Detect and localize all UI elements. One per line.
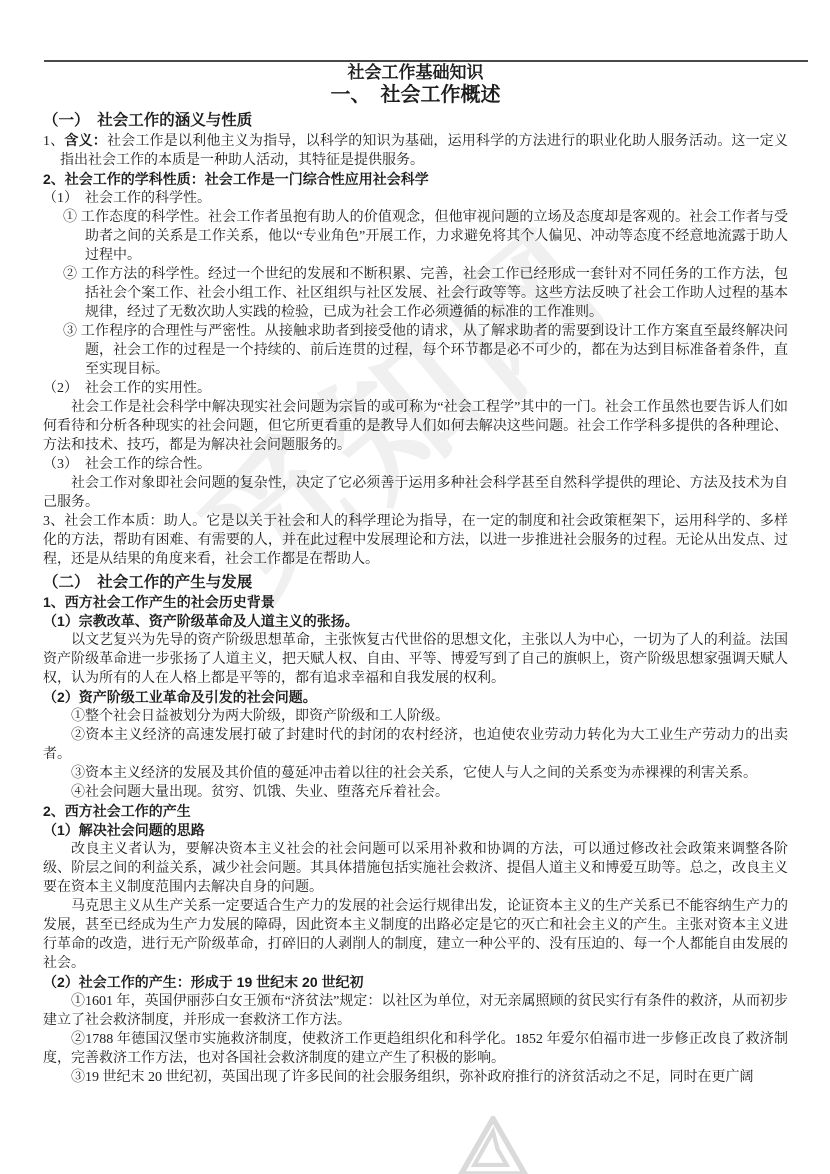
paragraph: ③19 世纪末 20 世纪初，英国出现了许多民间的社会服务组织，弥补政府推行的济… <box>43 1068 788 1087</box>
text-run: 社会工作是以利他主义为指导，以科学的知识为基础，运用科学的方法进行的职业化助人服… <box>60 134 788 168</box>
paragraph: 社会工作是社会科学中解决现实社会问题为宗旨的或可称为“社会工程学”其中的一门。社… <box>43 398 788 455</box>
lead-term: 含义： <box>64 132 107 148</box>
paragraph: （1） 社会工作的科学性。 <box>43 189 788 208</box>
document-page: 觅知网 社会工作基础知识 一、 社会工作概述 （一） 社会工作的涵义与性质1、含… <box>0 0 830 1174</box>
document-content: 社会工作基础知识 一、 社会工作概述 （一） 社会工作的涵义与性质1、含义：社会… <box>43 62 788 1087</box>
brand-triangle-logo-icon <box>408 1116 578 1174</box>
subheading: （2）社会工作的产生：形成于 19 世纪末 20 世纪初 <box>43 973 788 992</box>
paragraph: （3） 社会工作的综合性。 <box>43 455 788 474</box>
doc-subtitle: 一、 社会工作概述 <box>43 83 788 107</box>
text-run: 1、 <box>43 134 64 149</box>
list-item: ② 工作方法的科学性。经过一个世纪的发展和不断积累、完善，社会工作已经形成一套针… <box>43 265 788 322</box>
paragraph: ③资本主义经济的发展及其价值的蔓延冲击着以往的社会关系，它使人与人之间的关系变为… <box>43 764 788 783</box>
section-heading: （一） 社会工作的涵义与性质 <box>43 110 788 131</box>
paragraph: ④社会问题大量出现。贫穷、饥饿、失业、堕落充斥着社会。 <box>43 783 788 802</box>
paragraph: 1、含义：社会工作是以利他主义为指导，以科学的知识为基础，运用科学的方法进行的职… <box>43 131 788 170</box>
paragraph: ①1601 年，英国伊丽莎白女王颁布“济贫法”规定：以社区为单位，对无亲属照顾的… <box>43 992 788 1030</box>
doc-title: 社会工作基础知识 <box>43 62 788 83</box>
paragraph: ①整个社会日益被划分为两大阶级，即资产阶级和工人阶级。 <box>43 707 788 726</box>
paragraph: 改良主义者认为，要解决资本主义社会的社会问题可以采用补救和协调的方法，可以通过修… <box>43 840 788 897</box>
subheading: （1）宗教改革、资产阶级革命及人道主义的张扬。 <box>43 612 788 631</box>
paragraph: ②1788 年德国汉堡市实施救济制度，使救济工作更趋组织化和科学化。1852 年… <box>43 1030 788 1068</box>
subheading: 2、西方社会工作的产生 <box>43 802 788 821</box>
paragraph: 马克思主义从生产关系一定要适合生产力的发展的社会运行规律出发，论证资本主义的生产… <box>43 897 788 973</box>
subheading: 1、西方社会工作产生的社会历史背景 <box>43 593 788 612</box>
list-item: ① 工作态度的科学性。社会工作者虽抱有助人的价值观念，但他审视问题的立场及态度却… <box>43 208 788 265</box>
paragraph: 以文艺复兴为先导的资产阶级思想革命，主张恢复古代世俗的思想文化，主张以人为中心，… <box>43 631 788 688</box>
list-item: ③ 工作程序的合理性与严密性。从接触求助者到接受他的请求，从了解求助者的需要到设… <box>43 322 788 379</box>
paragraph: 社会工作对象即社会问题的复杂性，决定了它必须善于运用多种社会科学甚至自然科学提供… <box>43 474 788 512</box>
subheading: （2）资产阶级工业革命及引发的社会问题。 <box>43 688 788 707</box>
document-body: （一） 社会工作的涵义与性质1、含义：社会工作是以利他主义为指导，以科学的知识为… <box>43 110 788 1087</box>
paragraph: （2） 社会工作的实用性。 <box>43 379 788 398</box>
paragraph: ②资本主义经济的高速发展打破了封建时代的封闭的农村经济，也迫使农业劳动力转化为大… <box>43 726 788 764</box>
subheading: 2、社会工作的学科性质：社会工作是一门综合性应用社会科学 <box>43 170 788 189</box>
section-heading: （二） 社会工作的产生与发展 <box>43 572 788 593</box>
subheading: （1）解决社会问题的思路 <box>43 821 788 840</box>
paragraph: 3、社会工作本质：助人。它是以关于社会和人的科学理论为指导，在一定的制度和社会政… <box>43 512 788 569</box>
